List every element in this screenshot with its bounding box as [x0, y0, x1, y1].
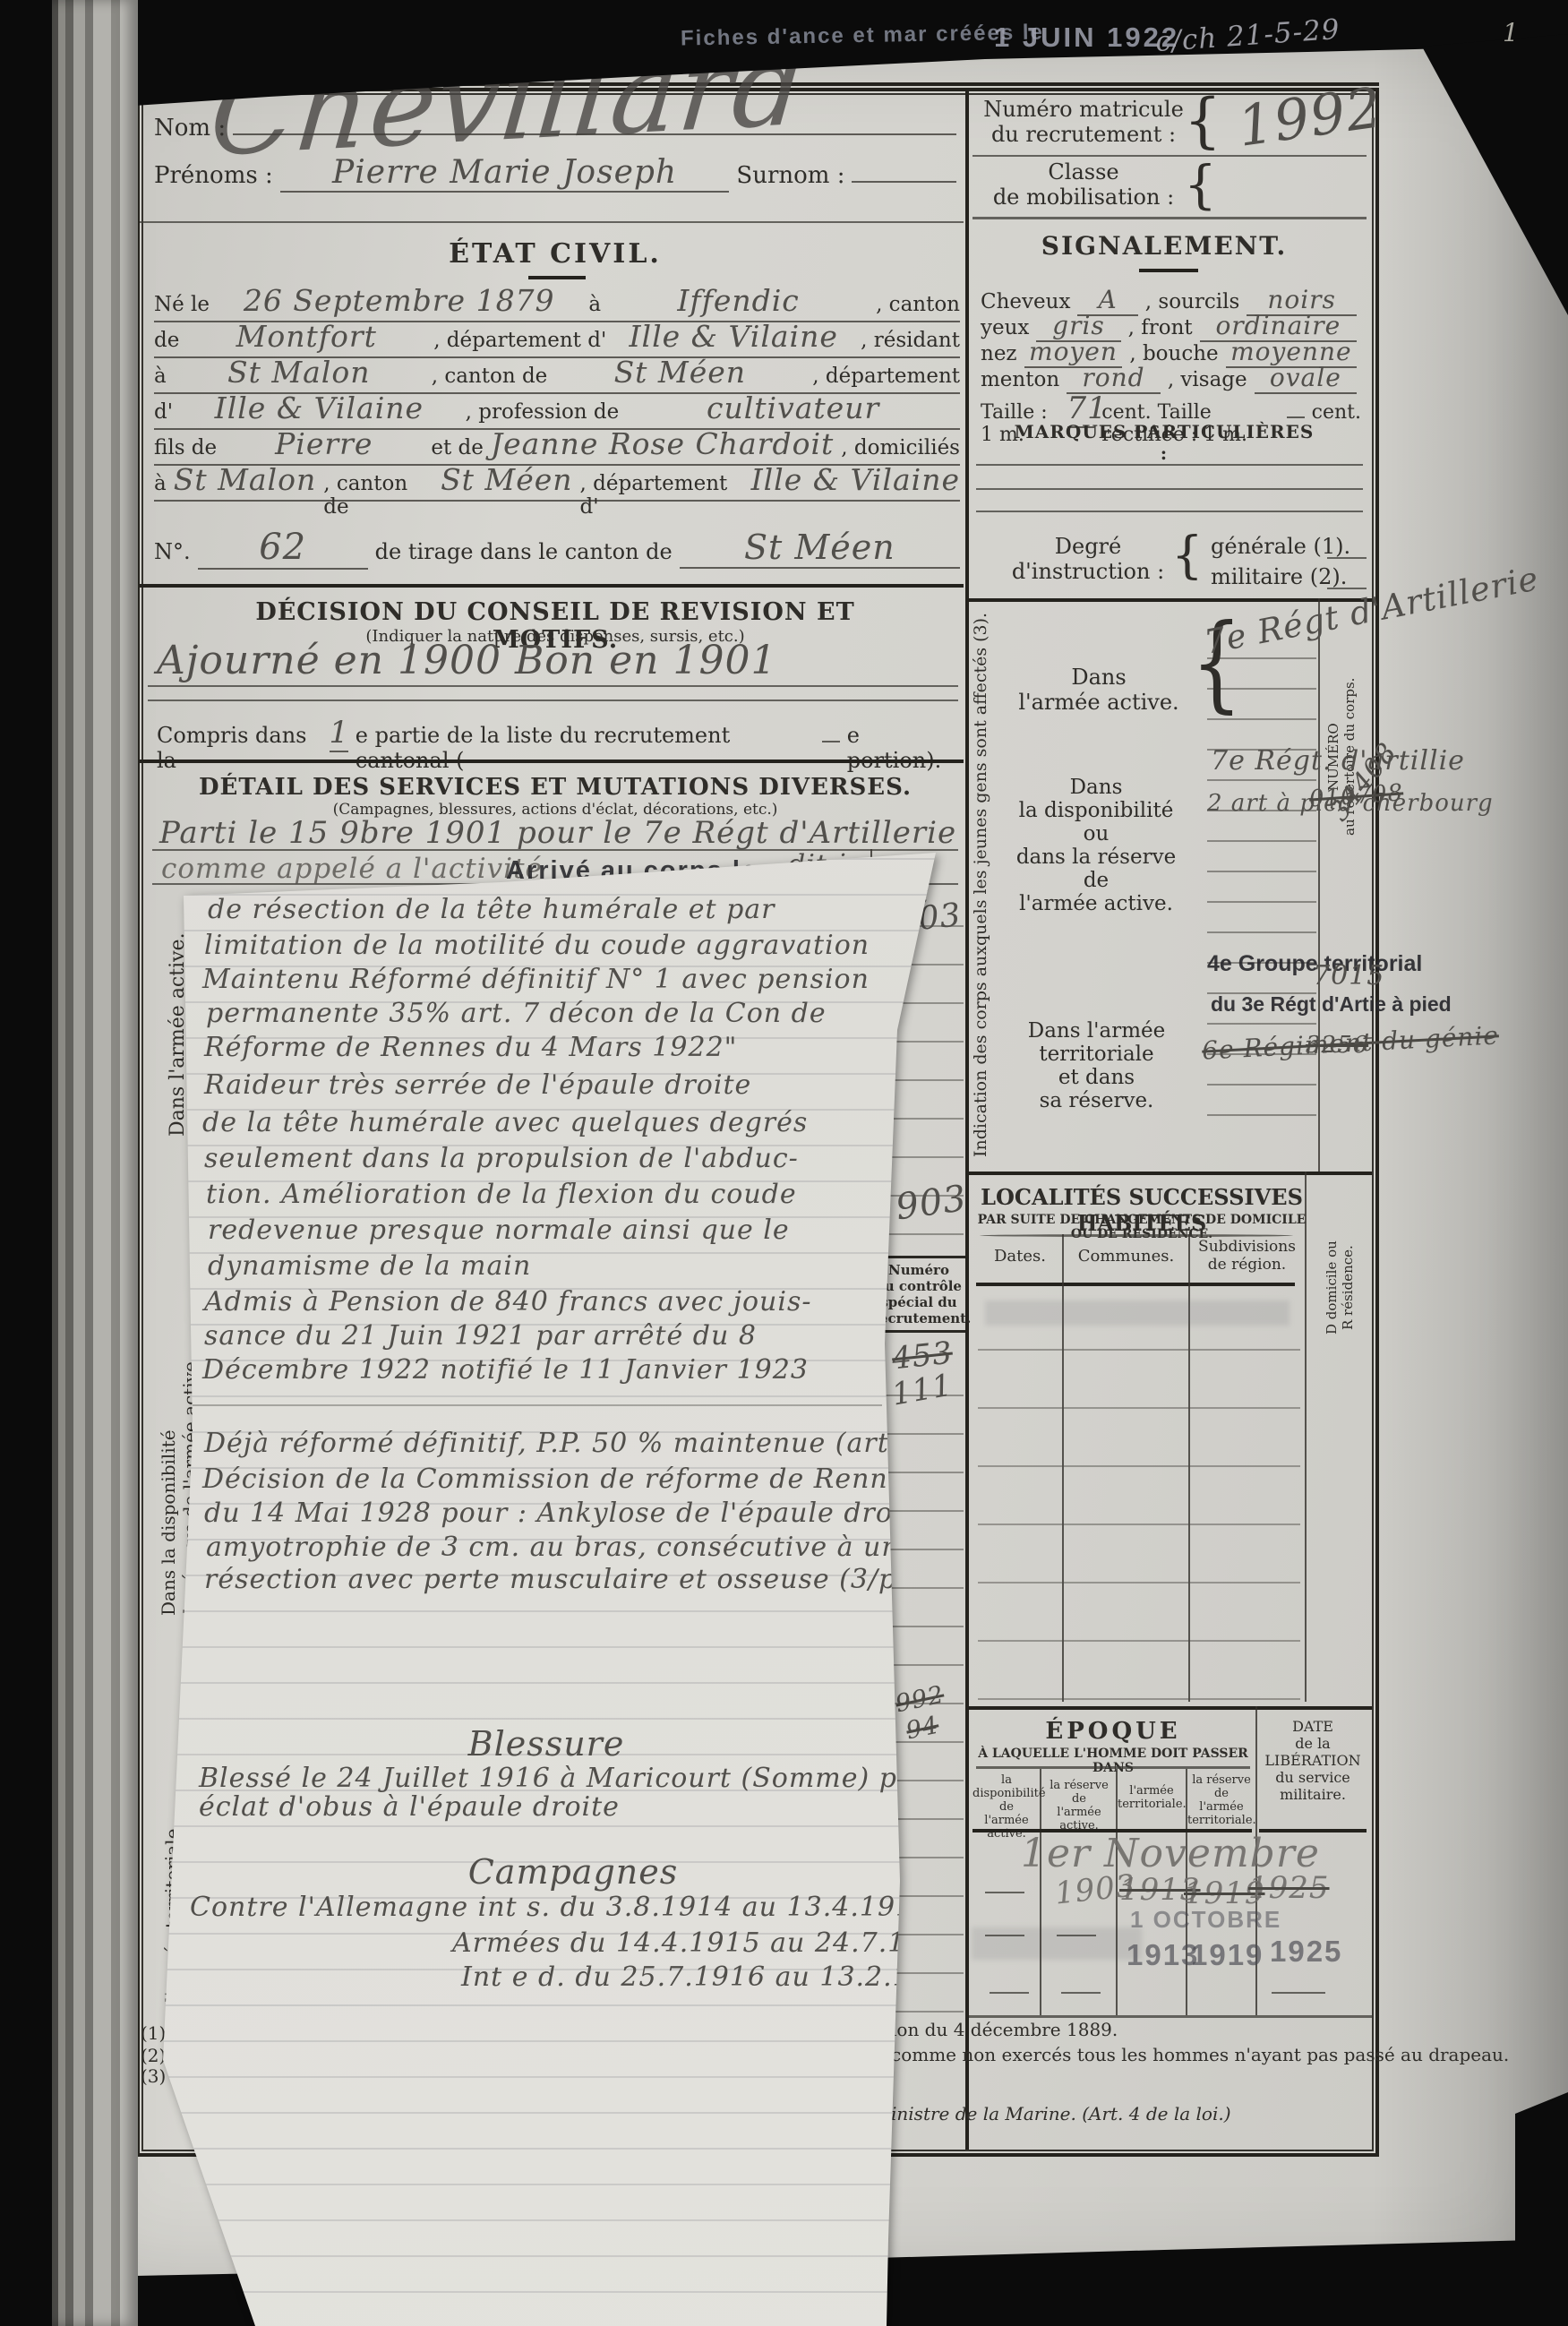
slip-line: Décision de la Commission de réforme de …	[202, 1463, 920, 1495]
page-number: 1	[1503, 18, 1520, 47]
blessure-title: Blessure	[430, 1724, 663, 1764]
slip-line: Int e d. du 25.7.1916 au 13.2.1918	[461, 1961, 964, 1993]
slip-line: Décembre 1922 notifié le 11 Janvier 1923	[202, 1354, 809, 1386]
scanned-military-record: Chevillard Nom : Prénoms : Pierre Marie …	[0, 0, 1568, 2326]
slip-line: éclat d'obus à l'épaule droite	[199, 1791, 620, 1823]
slip-line: tion. Amélioration de la flexion du coud…	[206, 1179, 797, 1210]
campagnes-title: Campagnes	[448, 1852, 698, 1892]
slip-line: sance du 21 Juin 1921 par arrêté du 8	[204, 1320, 757, 1352]
slip-line: Raideur très serrée de l'épaule droite	[204, 1069, 751, 1101]
date-stamp: 1 JUIN 1922	[994, 21, 1179, 54]
slip-line: Admis à Pension de 840 francs avec jouis…	[204, 1286, 812, 1317]
slip-line: Déjà réformé définitif, P.P. 50 % mainte…	[204, 1428, 928, 1459]
slip-line: amyotrophie de 3 cm. au bras, consécutiv…	[206, 1532, 916, 1563]
slip-line: de résection de la tête humérale et par	[208, 894, 775, 925]
slip-line: de la tête humérale avec quelques degrés	[202, 1107, 808, 1138]
slip-line: Maintenu Réformé définitif N° 1 avec pen…	[202, 964, 870, 995]
slip-line: dynamisme de la main	[208, 1250, 531, 1282]
slip-line: Contre l'Allemagne int s. du 3.8.1914 au…	[190, 1892, 931, 1923]
pasted-paper-slip: de résection de la tête humérale et par …	[0, 0, 1568, 2326]
slip-line: seulement dans la propulsion de l'abduc-	[204, 1143, 799, 1174]
slip-line: redevenue presque normale ainsi que le	[208, 1214, 790, 1246]
slip-line: permanente 35% art. 7 décon de la Con de	[206, 998, 827, 1029]
slip-line: résection avec perte musculaire et osseu…	[204, 1564, 981, 1595]
slip-line: Armées du 14.4.1915 au 24.7.1916	[452, 1927, 960, 1959]
slip-line: Réforme de Rennes du 4 Mars 1922"	[204, 1032, 737, 1063]
slip-line: du 14 Mai 1928 pour : Ankylose de l'épau…	[204, 1498, 930, 1529]
slip-line: limitation de la motilité du coude aggra…	[204, 930, 870, 961]
slip-surface: de résection de la tête humérale et par …	[0, 0, 1568, 2326]
slip-crease	[193, 1404, 882, 1406]
slip-line: Blessé le 24 Juillet 1916 à Maricourt (S…	[199, 1763, 928, 1794]
